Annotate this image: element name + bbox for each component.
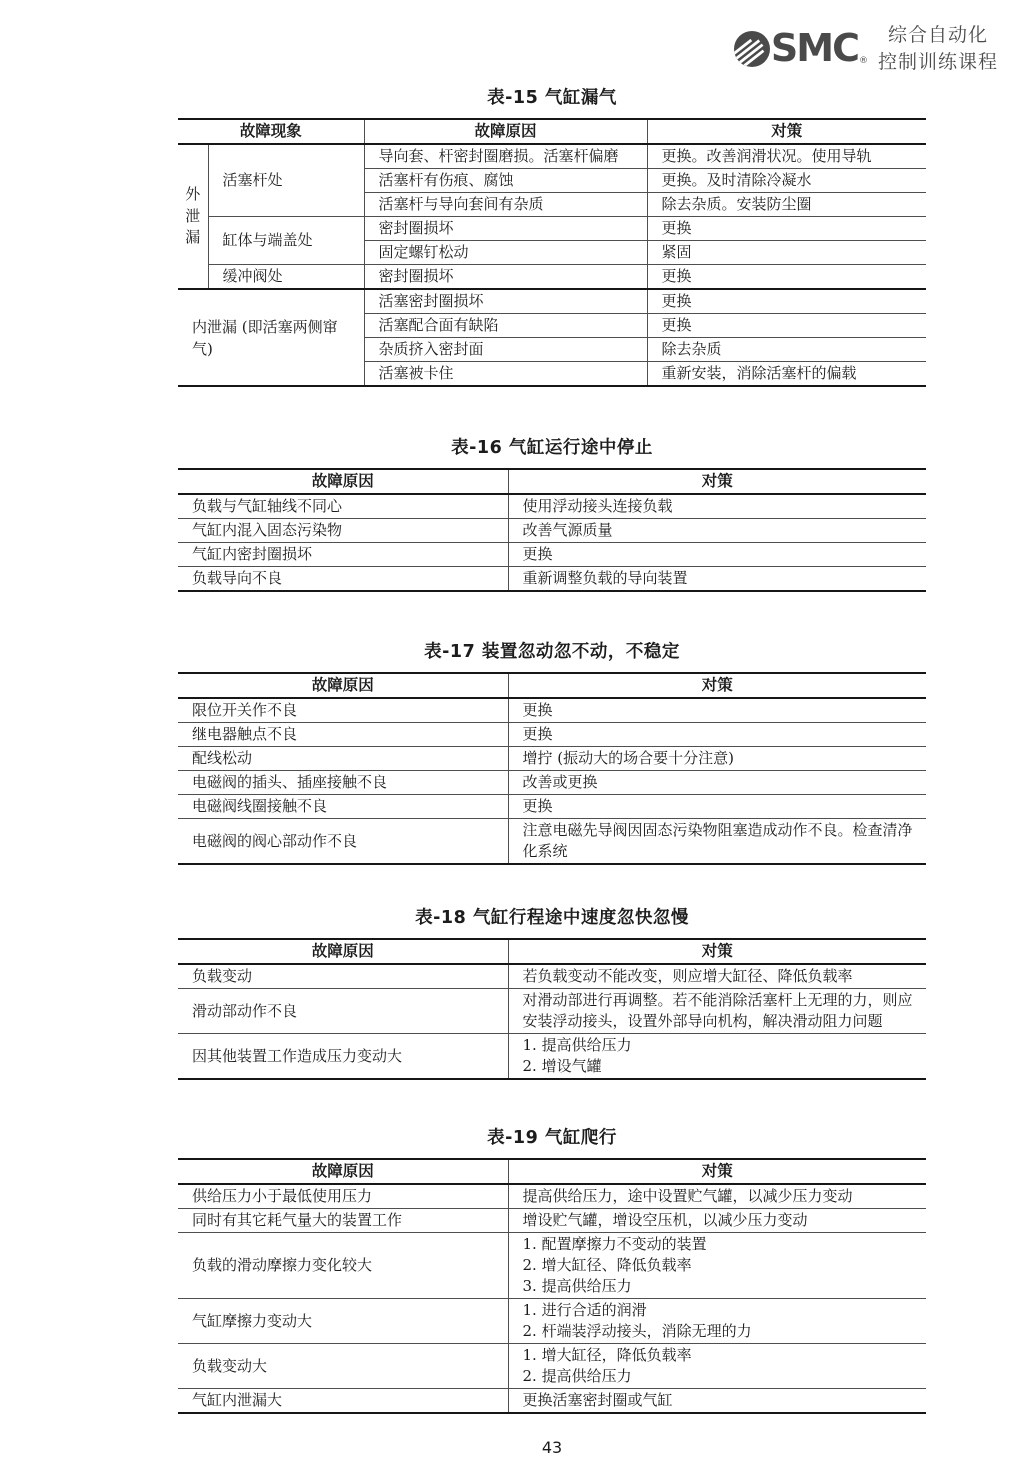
col-header-action: 对策 [508,673,926,698]
cause-cell: 活塞配合面有缺陷 [364,314,647,338]
table-18-title: 表-18 气缸行程途中速度忽快忽慢 [178,906,926,930]
table-row: 配线松动 增拧 (振动大的场合要十分注意) [178,747,926,771]
table-row: 负载变动 若负载变动不能改变，则应增大缸径、降低负载率 [178,964,926,989]
cause-cell: 活塞杆有伤痕、腐蚀 [364,169,647,193]
table-row: 供给压力小于最低使用压力 提高供给压力，途中设置贮气罐，以减少压力变动 [178,1184,926,1209]
action-cell: 对滑动部进行再调整。若不能消除活塞杆上无理的力，则应安装浮动接头，设置外部导向机… [508,989,926,1034]
cause-cell: 限位开关作不良 [178,698,508,723]
table-19-header-row: 故障原因 对策 [178,1159,926,1184]
page-number: 43 [178,1438,926,1457]
cause-cell: 活塞密封圈损坏 [364,289,647,314]
cause-cell: 配线松动 [178,747,508,771]
action-cell: 使用浮动接头连接负载 [508,494,926,519]
table-row: 电磁阀的插头、插座接触不良 改善或更换 [178,771,926,795]
table-18: 故障原因 对策 负载变动 若负载变动不能改变，则应增大缸径、降低负载率 滑动部动… [178,938,926,1080]
cause-cell: 气缸内密封圈损坏 [178,543,508,567]
action-cell: 增拧 (振动大的场合要十分注意) [508,747,926,771]
cause-cell: 负载变动 [178,964,508,989]
table-17-title: 表-17 装置忽动忽不动，不稳定 [178,640,926,664]
table-row: 缓冲阀处 密封圈损坏 更换 [178,265,926,290]
table-row: 电磁阀线圈接触不良 更换 [178,795,926,819]
table-row: 负载导向不良 重新调整负载的导向装置 [178,567,926,592]
col-header-action: 对策 [647,119,926,144]
section-table-17: 表-17 装置忽动忽不动，不稳定 故障原因 对策 限位开关作不良 更换 继电器触… [178,640,926,865]
col-header-action: 对策 [508,939,926,964]
table-row: 气缸内混入固态污染物 改善气源质量 [178,519,926,543]
table-17-header-row: 故障原因 对策 [178,673,926,698]
table-row: 内泄漏 (即活塞两侧窜气) 活塞密封圈损坏 更换 [178,289,926,314]
cause-cell: 负载的滑动摩擦力变化较大 [178,1233,508,1299]
table-row: 滑动部动作不良 对滑动部进行再调整。若不能消除活塞杆上无理的力，则应安装浮动接头… [178,989,926,1034]
action-cell: 更换 [508,543,926,567]
action-cell: 更换 [508,698,926,723]
action-cell: 重新安装，消除活塞杆的偏载 [647,362,926,387]
action-cell: 改善气源质量 [508,519,926,543]
location-cell: 活塞杆处 [208,144,364,217]
col-header-cause: 故障原因 [364,119,647,144]
table-15-header-row: 故障现象 故障原因 对策 [178,119,926,144]
table-row: 负载与气缸轴线不同心 使用浮动接头连接负载 [178,494,926,519]
cause-cell: 同时有其它耗气量大的装置工作 [178,1209,508,1233]
table-19: 故障原因 对策 供给压力小于最低使用压力 提高供给压力，途中设置贮气罐，以减少压… [178,1158,926,1414]
table-row: 因其他装置工作造成压力变动大 1. 提高供给压力 2. 增设气罐 [178,1034,926,1080]
cause-cell: 气缸内泄漏大 [178,1389,508,1414]
table-row: 限位开关作不良 更换 [178,698,926,723]
action-cell: 更换。及时清除冷凝水 [647,169,926,193]
phenomenon-outer-leak: 外泄漏 [178,144,208,289]
cause-cell: 气缸摩擦力变动大 [178,1299,508,1344]
table-18-header-row: 故障原因 对策 [178,939,926,964]
action-cell: 除去杂质 [647,338,926,362]
cause-cell: 负载变动大 [178,1344,508,1389]
action-cell: 若负载变动不能改变，则应增大缸径、降低负载率 [508,964,926,989]
action-cell: 改善或更换 [508,771,926,795]
col-header-cause: 故障原因 [178,673,508,698]
action-cell: 1. 进行合适的润滑 2. 杆端装浮动接头，消除无理的力 [508,1299,926,1344]
table-row: 气缸摩擦力变动大 1. 进行合适的润滑 2. 杆端装浮动接头，消除无理的力 [178,1299,926,1344]
cause-cell: 电磁阀的阀心部动作不良 [178,819,508,865]
table-15: 故障现象 故障原因 对策 外泄漏 活塞杆处 导向套、杆密封圈磨损。活塞杆偏磨 更… [178,118,926,387]
table-row: 外泄漏 活塞杆处 导向套、杆密封圈磨损。活塞杆偏磨 更换。改善润滑状况。使用导轨 [178,144,926,169]
table-row: 气缸内密封圈损坏 更换 [178,543,926,567]
cause-cell: 气缸内混入固态污染物 [178,519,508,543]
table-row: 同时有其它耗气量大的装置工作 增设贮气罐，增设空压机，以减少压力变动 [178,1209,926,1233]
cause-cell: 继电器触点不良 [178,723,508,747]
table-15-title: 表-15 气缸漏气 [178,86,926,110]
table-row: 气缸内泄漏大 更换活塞密封圈或气缸 [178,1389,926,1414]
page-content: 表-15 气缸漏气 故障现象 故障原因 对策 外泄漏 活塞杆处 导向套、杆密封圈… [178,0,926,1457]
action-cell: 除去杂质。安装防尘圈 [647,193,926,217]
col-header-action: 对策 [508,1159,926,1184]
table-16-header-row: 故障原因 对策 [178,469,926,494]
cause-cell: 密封圈损坏 [364,265,647,290]
table-row: 负载的滑动摩擦力变化较大 1. 配置摩擦力不变动的装置 2. 增大缸径、降低负载… [178,1233,926,1299]
action-cell: 更换 [647,217,926,241]
col-header-cause: 故障原因 [178,469,508,494]
cause-cell: 密封圈损坏 [364,217,647,241]
cause-cell: 固定螺钉松动 [364,241,647,265]
section-table-16: 表-16 气缸运行途中停止 故障原因 对策 负载与气缸轴线不同心 使用浮动接头连… [178,436,926,592]
section-table-19: 表-19 气缸爬行 故障原因 对策 供给压力小于最低使用压力 提高供给压力，途中… [178,1126,926,1414]
cause-cell: 活塞被卡住 [364,362,647,387]
table-19-title: 表-19 气缸爬行 [178,1126,926,1150]
table-row: 缸体与端盖处 密封圈损坏 更换 [178,217,926,241]
cause-cell: 因其他装置工作造成压力变动大 [178,1034,508,1080]
col-header-cause: 故障原因 [178,939,508,964]
cause-cell: 负载导向不良 [178,567,508,592]
action-cell: 更换 [508,795,926,819]
cause-cell: 滑动部动作不良 [178,989,508,1034]
action-cell: 重新调整负载的导向装置 [508,567,926,592]
action-cell: 更换 [647,289,926,314]
col-header-cause: 故障原因 [178,1159,508,1184]
action-cell: 1. 增大缸径，降低负载率 2. 提高供给压力 [508,1344,926,1389]
table-row: 继电器触点不良 更换 [178,723,926,747]
cause-cell: 供给压力小于最低使用压力 [178,1184,508,1209]
table-row: 负载变动大 1. 增大缸径，降低负载率 2. 提高供给压力 [178,1344,926,1389]
cause-cell: 电磁阀的插头、插座接触不良 [178,771,508,795]
phenomenon-inner-leak: 内泄漏 (即活塞两侧窜气) [178,289,364,386]
location-cell: 缸体与端盖处 [208,217,364,265]
table-17: 故障原因 对策 限位开关作不良 更换 继电器触点不良 更换 配线松动 增拧 (振… [178,672,926,865]
col-header-phenomenon: 故障现象 [178,119,364,144]
table-16-title: 表-16 气缸运行途中停止 [178,436,926,460]
cause-cell: 杂质挤入密封面 [364,338,647,362]
action-cell: 注意电磁先导阀因固态污染物阻塞造成动作不良。检查清净化系统 [508,819,926,865]
action-cell: 紧固 [647,241,926,265]
cause-cell: 电磁阀线圈接触不良 [178,795,508,819]
action-cell: 1. 配置摩擦力不变动的装置 2. 增大缸径、降低负载率 3. 提高供给压力 [508,1233,926,1299]
cause-cell: 导向套、杆密封圈磨损。活塞杆偏磨 [364,144,647,169]
cause-cell: 负载与气缸轴线不同心 [178,494,508,519]
action-cell: 增设贮气罐，增设空压机，以减少压力变动 [508,1209,926,1233]
location-cell: 缓冲阀处 [208,265,364,290]
table-row: 电磁阀的阀心部动作不良 注意电磁先导阀因固态污染物阻塞造成动作不良。检查清净化系… [178,819,926,865]
section-table-15: 表-15 气缸漏气 故障现象 故障原因 对策 外泄漏 活塞杆处 导向套、杆密封圈… [178,86,926,387]
action-cell: 1. 提高供给压力 2. 增设气罐 [508,1034,926,1080]
cause-cell: 活塞杆与导向套间有杂质 [364,193,647,217]
section-table-18: 表-18 气缸行程途中速度忽快忽慢 故障原因 对策 负载变动 若负载变动不能改变… [178,906,926,1080]
action-cell: 更换 [647,314,926,338]
action-cell: 更换 [508,723,926,747]
col-header-action: 对策 [508,469,926,494]
action-cell: 更换。改善润滑状况。使用导轨 [647,144,926,169]
action-cell: 更换活塞密封圈或气缸 [508,1389,926,1414]
action-cell: 更换 [647,265,926,290]
action-cell: 提高供给压力，途中设置贮气罐，以减少压力变动 [508,1184,926,1209]
table-16: 故障原因 对策 负载与气缸轴线不同心 使用浮动接头连接负载 气缸内混入固态污染物… [178,468,926,592]
